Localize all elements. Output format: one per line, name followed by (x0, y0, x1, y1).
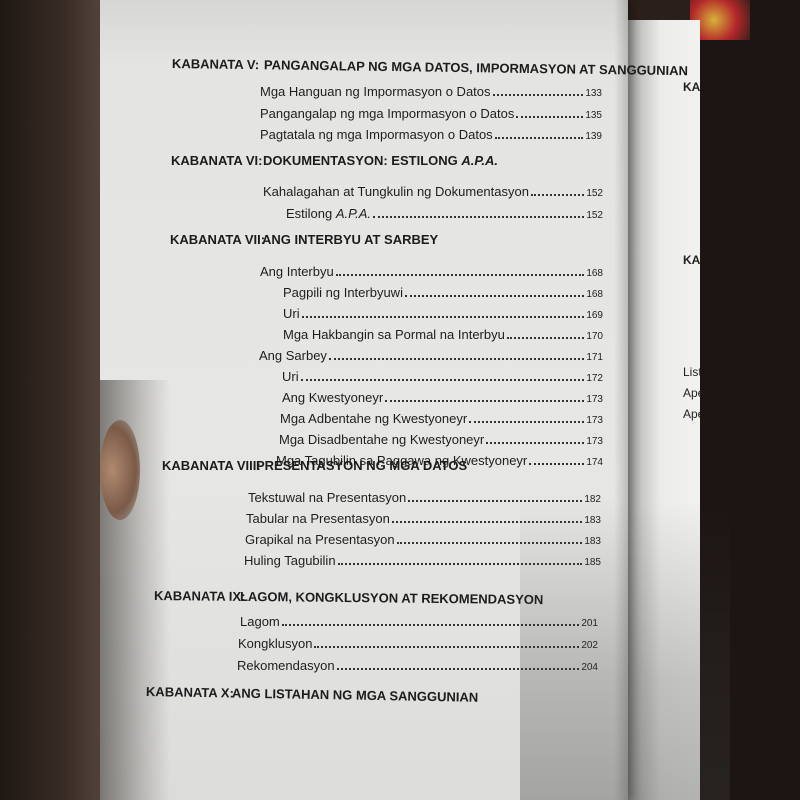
toc-entry: Ang Sarbey171 (259, 348, 603, 363)
entry-page: 152 (586, 210, 603, 221)
chapter-heading: KABANATA VI: DOKUMENTASYON: ESTILONG A.P… (171, 153, 498, 168)
leader-dots (529, 463, 584, 465)
entry-page: 152 (586, 188, 603, 199)
entry-label: Uri (283, 306, 300, 321)
toc-entry: Mga Disadbentahe ng Kwestyoneyr173 (279, 432, 603, 447)
leader-dots (314, 646, 579, 648)
entry-label: Huling Tagubilin (244, 553, 336, 568)
next-page-fragment: Lista (683, 365, 700, 379)
leader-dots (493, 94, 584, 96)
entry-page: 170 (586, 331, 603, 342)
entry-label: Mga Adbentahe ng Kwestyoneyr (280, 411, 467, 426)
chapter-title: ANG LISTAHAN NG MGA SANGGUNIAN (232, 686, 479, 705)
toc-entry: Pangangalap ng mga Impormasyon o Datos13… (260, 106, 602, 121)
entry-page: 204 (581, 662, 598, 673)
toc-entry: Huling Tagubilin185 (244, 553, 601, 568)
toc-entry: Tekstuwal na Presentasyon182 (248, 490, 601, 505)
entry-page: 183 (584, 536, 601, 547)
entry-page: 202 (581, 640, 598, 651)
leader-dots (301, 379, 585, 381)
entry-page: 173 (586, 415, 603, 426)
next-page-fragment: KA (683, 80, 700, 94)
toc-entry: Uri172 (282, 369, 603, 384)
toc-entry: Pagpili ng Interbyuwi168 (283, 285, 603, 300)
chapter-title: PANGANGALAP NG MGA DATOS, IMPORMASYON AT… (264, 57, 688, 78)
entry-page: 173 (586, 394, 603, 405)
entry-label: Rekomendasyon (237, 658, 335, 673)
leader-dots (469, 421, 584, 423)
toc-entry: Lagom201 (240, 614, 598, 629)
chapter-heading: KABANATA X: ANG LISTAHAN NG MGA SANGGUNI… (146, 684, 478, 705)
chapter-number: KABANATA V: (172, 56, 264, 72)
chapter-number: KABANATA VI: (171, 153, 263, 168)
toc-entry: Uri169 (283, 306, 603, 321)
entry-label: Estilong A.P.A. (286, 206, 371, 221)
entry-page: 183 (584, 515, 601, 526)
thumb (100, 420, 140, 520)
entry-page: 171 (586, 352, 603, 363)
entry-page: 174 (586, 457, 603, 468)
leader-dots (408, 500, 582, 502)
toc-entry: Mga Adbentahe ng Kwestyoneyr173 (280, 411, 603, 426)
entry-page: 173 (586, 436, 603, 447)
chapter-heading: KABANATA VIII: PRESENTASYON NG MGA DATOS (162, 458, 467, 473)
chapter-number: KABANATA VII: (170, 232, 262, 247)
entry-label: Mga Hanguan ng Impormasyon o Datos (260, 84, 491, 99)
toc-entry: Mga Hanguan ng Impormasyon o Datos133 (260, 84, 602, 99)
entry-label: Lagom (240, 614, 280, 629)
toc-entry: Kongklusyon202 (238, 636, 598, 651)
chapter-heading: KABANATA V: PANGANGALAP NG MGA DATOS, IM… (172, 56, 688, 78)
leader-dots (516, 116, 583, 118)
entry-page: 169 (586, 310, 603, 321)
entry-label: Ang Kwestyoneyr (282, 390, 383, 405)
leader-dots (507, 337, 584, 339)
toc-entry: Pagtatala ng mga Impormasyon o Datos139 (260, 127, 602, 142)
entry-page: 168 (586, 268, 603, 279)
background-left (0, 0, 110, 800)
entry-label: Tekstuwal na Presentasyon (248, 490, 406, 505)
entry-page: 185 (584, 557, 601, 568)
leader-dots (392, 521, 583, 523)
entry-page: 201 (581, 618, 598, 629)
background-right (690, 0, 800, 800)
entry-label: Kongklusyon (238, 636, 312, 651)
toc-entry: Estilong A.P.A.152 (286, 206, 603, 221)
leader-dots (531, 194, 584, 196)
leader-dots (495, 137, 584, 139)
next-page-fragment: Ape (683, 386, 700, 400)
leader-dots (486, 442, 584, 444)
entry-label: Mga Disadbentahe ng Kwestyoneyr (279, 432, 484, 447)
leader-dots (282, 624, 580, 626)
toc-entry: Tabular na Presentasyon183 (246, 511, 601, 526)
chapter-title: ANG INTERBYU AT SARBEY (262, 232, 438, 247)
leader-dots (405, 295, 584, 297)
entry-label: Kahalagahan at Tungkulin ng Dokumentasyo… (263, 184, 529, 199)
toc-page: KABANATA V: PANGANGALAP NG MGA DATOS, IM… (100, 0, 628, 800)
entry-page: 168 (586, 289, 603, 300)
entry-label: Ang Interbyu (260, 264, 334, 279)
next-page-edge: KA KAB Lista Ape Ape (628, 20, 700, 800)
leader-dots (338, 563, 583, 565)
toc-entry: Mga Hakbangin sa Pormal na Interbyu170 (283, 327, 603, 342)
chapter-title: LAGOM, KONGKLUSYON AT REKOMENDASYON (240, 589, 543, 607)
entry-page: 135 (585, 110, 602, 121)
toc-entry: Grapikal na Presentasyon183 (245, 532, 601, 547)
leader-dots (337, 668, 580, 670)
toc-entry: Kahalagahan at Tungkulin ng Dokumentasyo… (263, 184, 603, 199)
chapter-heading: KABANATA VII: ANG INTERBYU AT SARBEY (170, 232, 438, 247)
leader-dots (397, 542, 583, 544)
entry-page: 182 (584, 494, 601, 505)
next-page-fragment: Ape (683, 407, 700, 421)
entry-label: Grapikal na Presentasyon (245, 532, 395, 547)
entry-page: 133 (585, 88, 602, 99)
leader-dots (336, 274, 585, 276)
leader-dots (329, 358, 584, 360)
entry-label: Pangangalap ng mga Impormasyon o Datos (260, 106, 514, 121)
entry-label: Mga Hakbangin sa Pormal na Interbyu (283, 327, 505, 342)
chapter-title: PRESENTASYON NG MGA DATOS (256, 458, 467, 473)
entry-label: Tabular na Presentasyon (246, 511, 390, 526)
leader-dots (385, 400, 584, 402)
chapter-title: DOKUMENTASYON: ESTILONG A.P.A. (263, 153, 498, 168)
entry-label: Uri (282, 369, 299, 384)
next-page-fragment: KAB (683, 253, 700, 267)
entry-page: 172 (586, 373, 603, 384)
toc-entry: Ang Kwestyoneyr173 (282, 390, 603, 405)
toc-entry: Rekomendasyon204 (237, 658, 598, 673)
leader-dots (373, 216, 584, 218)
chapter-heading: KABANATA IX: LAGOM, KONGKLUSYON AT REKOM… (154, 588, 543, 607)
leader-dots (302, 316, 585, 318)
entry-page: 139 (585, 131, 602, 142)
toc-entry: Ang Interbyu168 (260, 264, 603, 279)
entry-label: Pagtatala ng mga Impormasyon o Datos (260, 127, 493, 142)
chapter-number: KABANATA VIII: (162, 458, 256, 473)
entry-label: Pagpili ng Interbyuwi (283, 285, 403, 300)
entry-label: Ang Sarbey (259, 348, 327, 363)
table-of-contents: KABANATA V: PANGANGALAP NG MGA DATOS, IM… (100, 0, 628, 800)
